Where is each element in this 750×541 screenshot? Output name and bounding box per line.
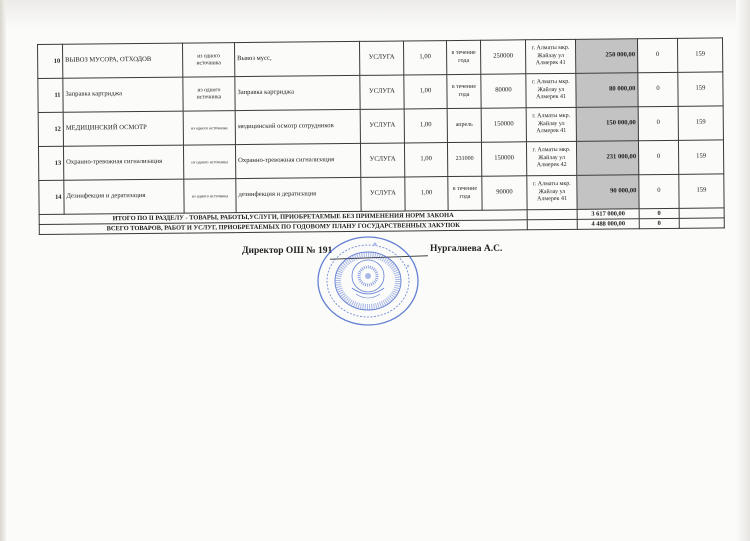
official-stamp-icon (313, 236, 423, 331)
signer-name: Нургалиева А.С. (430, 244, 502, 254)
budget-code: 159 (678, 72, 723, 106)
procurement-method: из одного источника (183, 111, 235, 145)
item-description: медицинский осмотр сотрудников (235, 109, 360, 144)
delivery-address: г. Алматы мкр. Жайлау ул Алмерек 42 (526, 141, 576, 175)
quantity: 1,00 (403, 41, 446, 75)
table-body: 10 ВЫВОЗ МУСОРА, ОТХОДОВ из одного источ… (38, 38, 725, 235)
advance-percent: 0 (638, 140, 678, 174)
planned-sum: 150 000,00 (576, 107, 638, 142)
advance-percent: 0 (637, 38, 677, 72)
item-name: ВЫВОЗ МУСОРА, ОТХОДОВ (63, 43, 183, 78)
delivery-term: в течение года (448, 176, 482, 210)
budget-code: 159 (679, 174, 724, 208)
advance-percent: 0 (638, 106, 678, 140)
planned-sum: 231 000,00 (576, 141, 638, 176)
item-description: дезинфекция и дератизация (236, 177, 361, 212)
unit-price: 250000 (480, 40, 525, 74)
planned-sum: 90 000,00 (577, 175, 639, 210)
procurement-method: из одного источника (184, 179, 236, 213)
procurement-method: из одного источника (182, 43, 234, 77)
total-empty-cell (527, 219, 577, 229)
unit: УСЛУГА (360, 109, 404, 143)
item-description: Заправка картриджа (235, 75, 360, 110)
row-number: 13 (38, 146, 63, 180)
scan-shadow-top (0, 0, 750, 30)
unit-price: 90000 (482, 176, 527, 210)
quantity: 1,00 (405, 177, 448, 211)
delivery-term: в течение года (446, 40, 480, 74)
budget-code: 159 (678, 140, 723, 174)
procurement-method: из одного источника (183, 145, 235, 179)
total-empty-cell (679, 218, 724, 228)
item-name: Охранно-тревожная сигнализация (63, 145, 183, 180)
item-description: Охранно-тревожная сигнализация (235, 143, 360, 178)
unit: УСЛУГА (359, 41, 403, 75)
advance-percent: 0 (638, 72, 678, 106)
unit: УСЛУГА (360, 143, 404, 177)
unit: УСЛУГА (360, 75, 404, 109)
total-empty-cell (527, 209, 577, 219)
advance-percent: 0 (639, 174, 679, 208)
delivery-address: г. Алматы мкр. Жайлау ул Алмерек 41 (526, 107, 576, 141)
row-number: 11 (38, 78, 63, 112)
quantity: 1,00 (404, 75, 447, 109)
unit-price: 80000 (481, 74, 526, 108)
unit: УСЛУГА (361, 177, 405, 211)
scan-edge-left (0, 0, 6, 541)
delivery-term: 231000 (447, 142, 481, 176)
quantity: 1,00 (404, 143, 447, 177)
item-name: МЕДИЦИНСКИЙ ОСМОТР (63, 111, 183, 146)
item-name: Заправка картриджа (63, 77, 183, 112)
delivery-address: г. Алматы мкр. Жайлау ул Алмерек 41 (525, 39, 575, 73)
delivery-address: г. Алматы мкр. Жайлау ул Алмерек 41 (526, 73, 576, 107)
total-sum: 4 488 000,00 (577, 219, 639, 230)
planned-sum: 250 000,00 (575, 39, 637, 74)
delivery-address: г. Алматы мкр. Жайлау ул Алмерек 41 (527, 175, 577, 209)
total-empty-cell (679, 208, 724, 218)
scan-edge-right (736, 0, 750, 541)
budget-code: 159 (677, 38, 722, 72)
unit-price: 150000 (481, 108, 526, 142)
procurement-method: из одного источника (183, 77, 235, 111)
item-description: Вывоз мусс, (234, 41, 359, 76)
total-advance: 0 (639, 208, 679, 218)
row-number: 12 (38, 112, 63, 146)
procurement-plan-sheet: 10 ВЫВОЗ МУСОРА, ОТХОДОВ из одного источ… (37, 37, 725, 235)
quantity: 1,00 (404, 109, 447, 143)
budget-code: 159 (678, 106, 723, 140)
delivery-term: в течение года (447, 74, 481, 108)
row-number: 14 (39, 180, 64, 214)
delivery-term: апрель (447, 108, 481, 142)
total-sum: 3 617 000,00 (577, 209, 639, 220)
procurement-table: 10 ВЫВОЗ МУСОРА, ОТХОДОВ из одного источ… (37, 37, 725, 235)
planned-sum: 80 000,00 (576, 73, 638, 108)
unit-price: 150000 (481, 142, 526, 176)
total-advance: 0 (639, 218, 679, 228)
row-number: 10 (38, 44, 63, 78)
item-name: Дезинфекция и дератизация (64, 179, 184, 214)
